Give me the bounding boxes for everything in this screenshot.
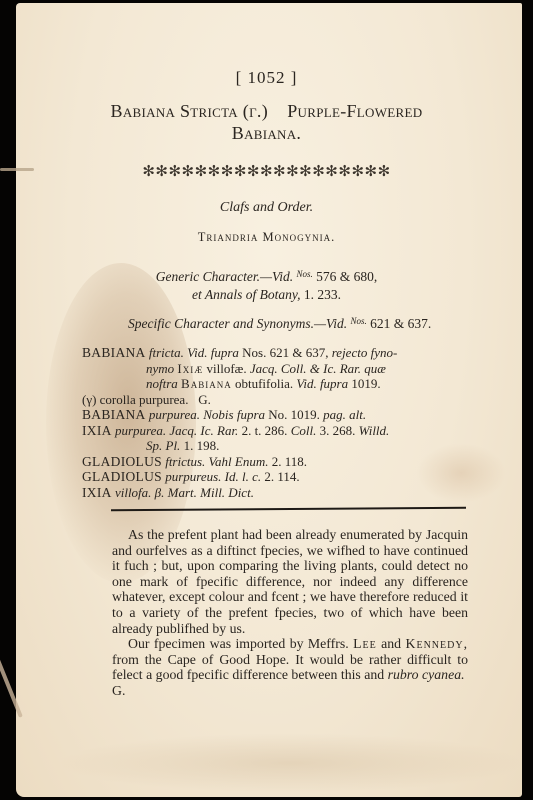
generic-character: Generic Character.—Vid. Nos. 576 & 680, … — [0, 265, 533, 304]
specific-refs: 621 & 637. — [370, 316, 431, 331]
species-rubro-cyanea: rubro cyanea. — [388, 667, 465, 682]
title-common-name: Purple-Flowered — [287, 101, 422, 121]
synonym-text: 3. 268. — [320, 423, 356, 438]
synonym-row: BABIANA purpurea. Nobis fupra No. 1019. … — [82, 407, 482, 423]
synonym-genus: BABIANA — [82, 407, 146, 422]
specific-nos: Nos. — [350, 316, 366, 326]
body-text: As the prefent plant had been already en… — [112, 527, 468, 699]
para2-text: and — [381, 636, 401, 651]
synonyms-list: BABIANA ftricta. Vid. fupra Nos. 621 & 6… — [82, 345, 482, 500]
asterisk-ornament: ✻✻✻✻✻✻✻✻✻✻✻✻✻✻✻✻✻✻✻ — [0, 162, 533, 181]
synonym-italic: villofa. β. Mart. Mill. Dict. — [115, 485, 254, 500]
title-species: Babiana Stricta (γ.) — [111, 101, 268, 121]
page-title: Babiana Stricta (γ.) Purple-Flowered Bab… — [0, 100, 533, 144]
synonym-row: (γ) corolla purpurea. G. — [82, 392, 482, 408]
horizontal-rule — [111, 507, 466, 511]
name-lee: Lee — [353, 636, 377, 651]
synonym-italic: nymo — [146, 361, 174, 376]
generic-line2-ref: 1. 233. — [304, 287, 341, 302]
synonym-text: villofæ. — [207, 361, 247, 376]
synonym-italic: Willd. — [359, 423, 390, 438]
synonym-genus: GLADIOLUS — [82, 454, 162, 469]
generic-line2: et Annals of Botany, — [192, 287, 301, 302]
title-line2: Babiana. — [232, 123, 301, 143]
generic-refs: 576 & 680, — [316, 269, 377, 284]
synonym-row: nymo Ixiæ villofæ. Jacq. Coll. & Ic. Rar… — [82, 361, 482, 377]
synonym-row: GLADIOLUS ftrictus. Vahl Enum. 2. 118. — [82, 454, 482, 470]
synonym-genus: IXIA — [82, 485, 112, 500]
synonym-row: Sp. Pl. 1. 198. — [82, 438, 482, 454]
author-signature: G. — [112, 683, 125, 698]
paragraph-1: As the prefent plant had been already en… — [112, 527, 468, 636]
synonym-italic: purpurea. Nobis fupra — [149, 407, 265, 422]
synonym-row: IXIA villofa. β. Mart. Mill. Dict. — [82, 485, 482, 501]
synonym-italic: Vid. fupra — [296, 376, 348, 391]
synonym-italic: Jacq. Coll. & Ic. Rar. quæ — [250, 361, 386, 376]
synonym-text: 2. 114. — [264, 469, 299, 484]
name-kennedy: Kennedy, — [406, 636, 469, 651]
specific-character: Specific Character and Synonyms.—Vid. No… — [128, 316, 431, 332]
synonym-text: G. — [198, 392, 211, 407]
paragraph-2: Our fpecimen was imported by Meffrs. Lee… — [112, 636, 468, 698]
synonym-italic: Coll. — [291, 423, 317, 438]
class-value: Triandria Monogynia. — [0, 230, 533, 245]
synonym-row: GLADIOLUS purpureus. Id. l. c. 2. 114. — [82, 469, 482, 485]
synonym-italic: noftra — [146, 376, 178, 391]
synonym-text: 1019. — [351, 376, 380, 391]
synonym-smallcaps: Babiana — [181, 376, 232, 391]
synonym-italic: pag. alt. — [323, 407, 366, 422]
page-number: [ 1052 ] — [0, 68, 533, 88]
synonym-italic: rejecto fyno- — [332, 345, 398, 360]
synonym-row: BABIANA ftricta. Vid. fupra Nos. 621 & 6… — [82, 345, 482, 361]
page-content: [ 1052 ] Babiana Stricta (γ.) Purple-Flo… — [0, 0, 533, 800]
generic-nos: Nos. — [296, 269, 312, 279]
synonym-italic: Sp. Pl. — [146, 438, 180, 453]
synonym-row: IXIA purpurea. Jacq. Ic. Rar. 2. t. 286.… — [82, 423, 482, 439]
synonym-italic: ftricta. Vid. fupra — [149, 345, 239, 360]
synonym-text: 2. t. 286. — [242, 423, 288, 438]
synonym-smallcaps: Ixiæ — [177, 361, 203, 376]
variety-label: (γ) corolla purpurea. — [82, 392, 188, 407]
synonym-text: No. 1019. — [268, 407, 320, 422]
synonym-genus: IXIA — [82, 423, 112, 438]
specific-label: Specific Character and Synonyms.—Vid. — [128, 316, 347, 331]
synonym-text: Nos. 621 & 637, — [242, 345, 328, 360]
synonym-italic: purpureus. Id. l. c. — [165, 469, 261, 484]
synonym-italic: purpurea. Jacq. Ic. Rar. — [115, 423, 238, 438]
class-heading: Clafs and Order. — [0, 200, 533, 216]
synonym-row: noftra Babiana obtufifolia. Vid. fupra 1… — [82, 376, 482, 392]
synonym-genus: BABIANA — [82, 345, 146, 360]
synonym-text: 1. 198. — [184, 438, 220, 453]
para2-text: Our fpecimen was imported by Meffrs. — [128, 636, 349, 651]
synonym-italic: ftrictus. Vahl Enum. — [165, 454, 268, 469]
synonym-genus: GLADIOLUS — [82, 469, 162, 484]
generic-label: Generic Character.—Vid. — [156, 269, 293, 284]
synonym-text: 2. 118. — [272, 454, 307, 469]
synonym-text: obtufifolia. — [235, 376, 293, 391]
